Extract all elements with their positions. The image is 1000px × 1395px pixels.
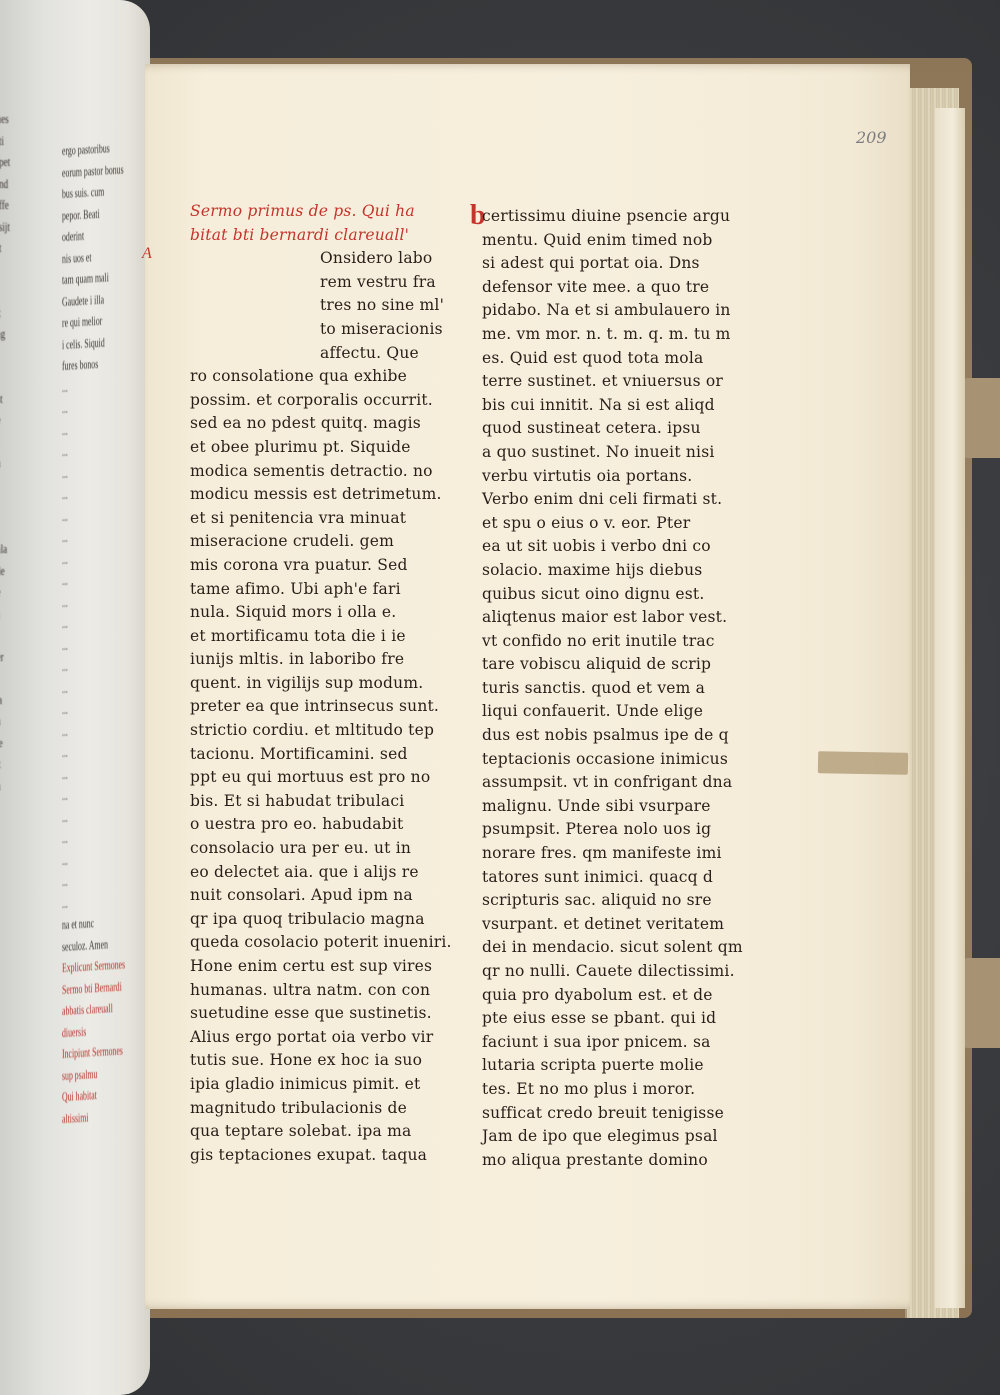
verso-rubric-line: Sermo bti Bernardi xyxy=(62,975,125,1000)
manuscript-line: solacio. maxime hijs diebus xyxy=(482,559,743,583)
verso-line: fe xyxy=(0,495,10,517)
verso-line: ... xyxy=(0,624,10,646)
manuscript-line: tes. Et no mo plus i moror. xyxy=(482,1078,743,1102)
manuscript-line: certissimu diuine psencie argu xyxy=(482,205,743,229)
manuscript-line: qr ipa quoq tribulacio magna xyxy=(190,908,452,932)
verso-line: ...ti xyxy=(0,130,10,152)
manuscript-line: me. vm mor. n. t. m. q. m. tu m xyxy=(482,323,743,347)
manuscript-line: vsurpant. et detinet veritatem xyxy=(482,913,743,937)
manuscript-line: tacionu. Mortificamini. sed xyxy=(190,743,452,767)
verso-line: sit xyxy=(0,753,10,775)
manuscript-line: suetudine esse que sustinetis. xyxy=(190,1002,452,1026)
margin-letter-mark: A xyxy=(142,245,152,263)
verso-line: ue xyxy=(0,409,10,431)
text-column-1: Sermo primus de ps. Qui ha bitat bti ber… xyxy=(190,200,452,1167)
manuscript-line: modicu messis est detrimetum. xyxy=(190,483,452,507)
manuscript-line: quent. in vigilijs sup modum. xyxy=(190,672,452,696)
manuscript-line: lutaria scripta puerte molie xyxy=(482,1054,743,1078)
verso-rubric-line: Explicunt Sermones xyxy=(62,953,125,978)
manuscript-line: rem vestru fra xyxy=(190,271,452,295)
manuscript-line: to miseracionis xyxy=(190,318,452,342)
verso-line: pa xyxy=(0,452,10,474)
verso-line: ang xyxy=(0,323,10,345)
manuscript-line: dei in mendacio. sicut solent qm xyxy=(482,936,743,960)
manuscript-line: et mortificamu tota die i ie xyxy=(190,625,452,649)
manuscript-line: gis teptaciones exupat. taqua xyxy=(190,1144,452,1168)
manuscript-line: psumpsit. Pterea nolo uos ig xyxy=(482,818,743,842)
manuscript-line: terre sustinet. et vniuersus or xyxy=(482,370,743,394)
manuscript-line: sufficat credo breuit tenigisse xyxy=(482,1102,743,1126)
verso-line: ...ffe xyxy=(0,194,10,216)
verso-inner-column: ergo pastoribuseorum pastor bonusbus sui… xyxy=(62,136,125,1129)
manuscript-line: mo aliqua prestante domino xyxy=(482,1149,743,1173)
manuscript-line: quod sustineat cetera. ipsu xyxy=(482,417,743,441)
manuscript-line: bis. Et si habudat tribulaci xyxy=(190,790,452,814)
manuscript-line: et spu o eius o v. eor. Pter xyxy=(482,512,743,536)
manuscript-line: consolacio ura per eu. ut in xyxy=(190,837,452,861)
verso-line: ur xyxy=(0,431,10,453)
manuscript-line: defensor vite mee. a quo tre xyxy=(482,276,743,300)
verso-line: ...sijt xyxy=(0,216,10,238)
manuscript-line: tame afimo. Ubi aph'e fari xyxy=(190,578,452,602)
manuscript-line: Hone enim certu est sup vires xyxy=(190,955,452,979)
manuscript-line: faciunt i sua ipor pnicem. sa xyxy=(482,1031,743,1055)
verso-rubric-line: Incipiunt Sermones xyxy=(62,1039,125,1064)
manuscript-line: Verbo enim dni celi firmati st. xyxy=(482,488,743,512)
verso-line: ale xyxy=(0,732,10,754)
verso-line: fra xyxy=(0,689,10,711)
manuscript-line: Alius ergo portat oia verbo vir xyxy=(190,1026,452,1050)
manuscript-line: tres no sine ml' xyxy=(190,294,452,318)
manuscript-line: assumpsit. vt in confrigant dna xyxy=(482,771,743,795)
verso-line: ... xyxy=(0,366,10,388)
manuscript-line: nula. Siquid mors i olla e. xyxy=(190,601,452,625)
paper-slip-stain xyxy=(818,751,908,775)
verso-line: ... xyxy=(0,474,10,496)
manuscript-line: tutis sue. Hone ex hoc ia suo xyxy=(190,1049,452,1073)
verso-line: da xyxy=(0,775,10,797)
manuscript-line: scripturis sac. aliquid no sre xyxy=(482,889,743,913)
manuscript-line: teptacionis occasione inimicus xyxy=(482,748,743,772)
manuscript-line: malignu. Unde sibi vsurpare xyxy=(482,795,743,819)
manuscript-line: ppt eu qui mortuus est pro no xyxy=(190,766,452,790)
manuscript-line: eo delectet aia. que i alijs re xyxy=(190,861,452,885)
verso-line: sit xyxy=(0,302,10,324)
manuscript-line: bis cui innitit. Na si est aliqd xyxy=(482,394,743,418)
verso-line: ...t xyxy=(0,237,10,259)
manuscript-line: affectu. Que xyxy=(190,342,452,366)
manuscript-line: dus est nobis psalmus ipe de q xyxy=(482,724,743,748)
verso-line: ade xyxy=(0,560,10,582)
manuscript-line: possim. et corporalis occurrit. xyxy=(190,389,452,413)
manuscript-line: ipia gladio inimicus pimit. et xyxy=(190,1073,452,1097)
verso-line: lupet xyxy=(0,151,10,173)
verso-line: ue xyxy=(0,581,10,603)
verso-line: ner xyxy=(0,646,10,668)
manuscript-line: es. Quid est quod tota mola xyxy=(482,347,743,371)
manuscript-line: et si penitencia vra minuat xyxy=(190,507,452,531)
manuscript-line: et obee plurimu pt. Siquide xyxy=(190,436,452,460)
manuscript-line: ea ut sit uobis i verbo dni co xyxy=(482,535,743,559)
manuscript-line: miseracione crudeli. gem xyxy=(190,530,452,554)
manuscript-line: quibus sicut oino dignu est. xyxy=(482,583,743,607)
manuscript-line: mis corona vra puatur. Sed xyxy=(190,554,452,578)
manuscript-line: liqui confauerit. Unde elige xyxy=(482,700,743,724)
manuscript-line: qua teptare solebat. ipa ma xyxy=(190,1120,452,1144)
verso-line: eorum pastor bonus xyxy=(62,158,125,183)
verso-line: ... xyxy=(0,345,10,367)
verso-line: ut xyxy=(0,259,10,281)
manuscript-line: humanas. ultra natm. con con xyxy=(190,979,452,1003)
manuscript-line: si adest qui portat oia. Dns xyxy=(482,252,743,276)
manuscript-line: qr no nulli. Cauete dilectissimi. xyxy=(482,960,743,984)
clasp-strap-upper xyxy=(965,378,1000,458)
verso-line: ... xyxy=(0,280,10,302)
manuscript-line: tare vobiscu aliquid de scrip xyxy=(482,653,743,677)
manuscript-line: tatores sunt inimici. quacq d xyxy=(482,866,743,890)
verso-outer-column: ones...tilupetmnd...ffe...sijt...tut...s… xyxy=(0,108,10,796)
manuscript-line: vt confido no erit inutile trac xyxy=(482,630,743,654)
manuscript-line: Onsidero labo xyxy=(190,247,452,271)
manuscript-line: sed ea no pdest quitq. magis xyxy=(190,412,452,436)
clasp-strap-lower xyxy=(965,958,1000,1048)
verso-line: mnd xyxy=(0,173,10,195)
manuscript-line: norare fres. qm manifeste imi xyxy=(482,842,743,866)
rubric-line: Sermo primus de ps. Qui ha xyxy=(190,200,452,224)
verso-line: ... xyxy=(0,667,10,689)
manuscript-line: modica sementis detractio. no xyxy=(190,460,452,484)
verso-line: ... xyxy=(0,517,10,539)
manuscript-line: magnitudo tribulacionis de xyxy=(190,1097,452,1121)
verso-page: ones...tilupetmnd...ffe...sijt...tut...s… xyxy=(0,0,150,1395)
manuscript-line: quia pro dyabolum est. et de xyxy=(482,984,743,1008)
manuscript-line: turis sanctis. quod et vem a xyxy=(482,677,743,701)
manuscript-line: queda cosolacio poterit inueniri. xyxy=(190,931,452,955)
manuscript-line: verbu virtutis oia portans. xyxy=(482,465,743,489)
manuscript-line: Jam de ipo que elegimus psal xyxy=(482,1125,743,1149)
manuscript-line: o uestra pro eo. habudabit xyxy=(190,813,452,837)
manuscript-line: pte eius esse se pbant. qui id xyxy=(482,1007,743,1031)
end-leaf xyxy=(935,108,965,1308)
manuscript-line: a quo sustinet. No inueit nisi xyxy=(482,441,743,465)
verso-line: ua xyxy=(0,710,10,732)
verso-line: bala xyxy=(0,538,10,560)
verso-line: pst xyxy=(0,388,10,410)
text-column-2: certissimu diuine psencie argumentu. Qui… xyxy=(482,205,743,1172)
verso-line: ca xyxy=(0,603,10,625)
manuscript-line: pidabo. Na et si ambulauero in xyxy=(482,299,743,323)
manuscript-line: nuit consolari. Apud ipm na xyxy=(190,884,452,908)
manuscript-line: aliqtenus maior est labor vest. xyxy=(482,606,743,630)
manuscript-line: iunijs mltis. in laboribo fre xyxy=(190,648,452,672)
rubric-line: bitat bti bernardi clareuall' xyxy=(190,224,452,248)
folio-number: 209 xyxy=(856,128,887,147)
manuscript-line: strictio cordiu. et mltitudo tep xyxy=(190,719,452,743)
verso-rubric-line: altissimi xyxy=(62,1104,125,1129)
manuscript-line: ro consolatione qua exhibe xyxy=(190,365,452,389)
manuscript-line: mentu. Quid enim timed nob xyxy=(482,229,743,253)
verso-line: ones xyxy=(0,108,10,130)
manuscript-line: preter ea que intrinsecus sunt. xyxy=(190,695,452,719)
